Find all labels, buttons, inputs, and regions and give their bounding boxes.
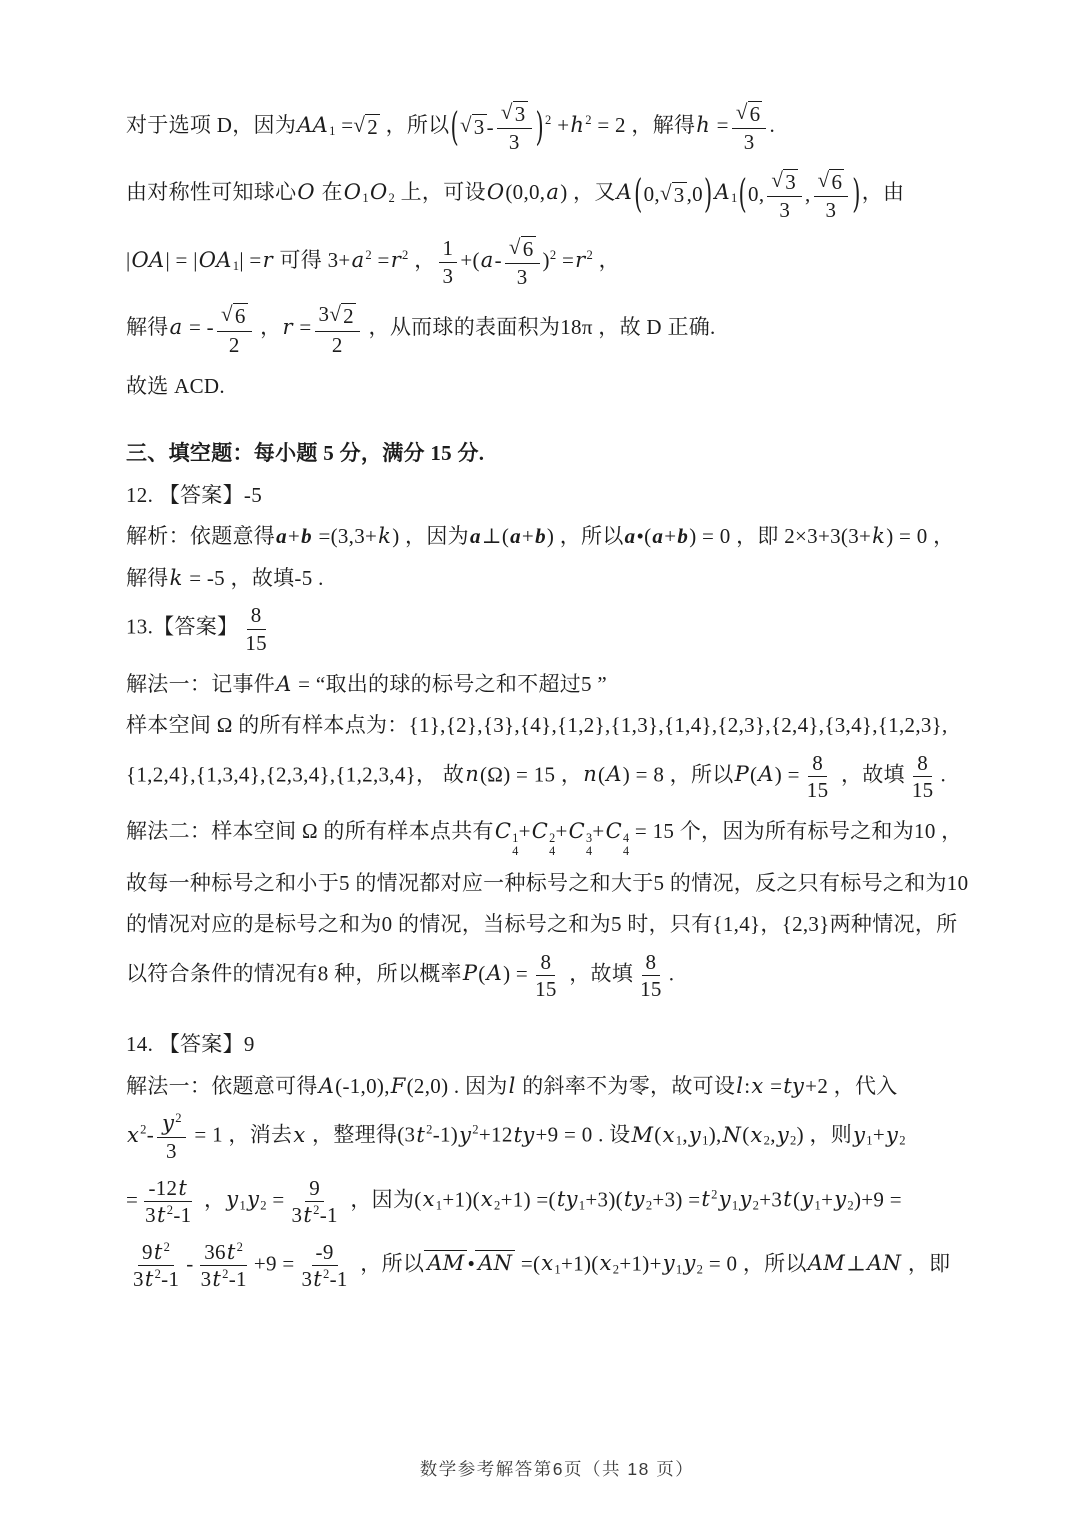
solution2-13-reasoning-1: 故每一种标号之和小于5 的情况都对应一种标号之和大于5 的情况，反之只有标号之和… [126, 867, 988, 900]
solve-12: 解得k = -5 ，故填-5 . [126, 562, 988, 595]
page-footer: 数学参考解答第6页（共 18 页） [126, 1456, 988, 1505]
solution-line-sphere-center: 由对称性可知球心O 在O1O2 上，可设O(0,0,a) ，又A(0,√3,0)… [126, 167, 988, 221]
conclusion-acd: 故选 ACD. [126, 370, 988, 403]
document-page: 对于选项 D，因为AA1 =√2 ，所以(√3-√33)2 +h2 = 2 ，解… [0, 0, 1080, 1527]
section-header-fill-in-blanks: 三、填空题：每小题 5 分，满分 15 分. [126, 437, 988, 470]
answer-13: 13.【答案】815 [126, 603, 988, 654]
solution-line-oa-equations: |OA| = |OA1| =r 可得 3+a2 =r2 ，13+(a-√63)2… [126, 235, 988, 289]
solution2-13-conclusion: 以符合条件的情况有8 种，所以概率P(A) =815 ，故填815. [126, 950, 988, 1001]
solution1-14-vieta: =-12t3t2-1 ，y1y2 =93t2-1 ，因为(x1+1)(x2+1)… [126, 1176, 988, 1227]
solution1-14-setup: 解法一：依题意可得A(-1,0),F(2,0) . 因为l 的斜率不为零，故可设… [126, 1070, 988, 1103]
solution2-13-reasoning-2: 的情况对应的是标号之和为0 的情况，当标号之和为5 时，只有{1,4}，{2,3… [126, 908, 988, 941]
solution-line-solve-a-r: 解得a = -√62 ，r =3√22 ，从而球的表面积为18π ，故 D 正确… [126, 302, 988, 356]
solution1-13-event: 解法一：记事件A = “取出的球的标号之和不超过5 ” [126, 668, 988, 701]
answer-14: 14. 【答案】9 [126, 1028, 988, 1061]
analysis-12: 解析：依题意得a+b =(3,3+k) ，因为a⊥(a+b) ，所以a•(a+b… [126, 520, 988, 553]
solution-line-option-d: 对于选项 D，因为AA1 =√2 ，所以(√3-√33)2 +h2 = 2 ，解… [126, 100, 988, 154]
solution2-13-combinations: 解法二：样本空间 Ω 的所有样本点共有C14+C24+C34+C44 = 15 … [126, 815, 988, 858]
solution1-14-dot-product: 9t23t2-1-36t23t2-1+9 =-93t2-1 ，所以AM•AN =… [126, 1240, 988, 1291]
solution1-13-sample-space: 样本空间 Ω 的所有样本点为：{1},{2},{3},{4},{1,2},{1,… [126, 709, 988, 742]
answer-12: 12. 【答案】-5 [126, 479, 988, 512]
solution1-13-probability: {1,2,4},{1,3,4},{2,3,4},{1,2,3,4}， 故n(Ω)… [126, 751, 988, 802]
solution1-14-equation: x2-y23 = 1 ，消去x ，整理得(3t2-1)y2+12ty+9 = 0… [126, 1111, 988, 1162]
